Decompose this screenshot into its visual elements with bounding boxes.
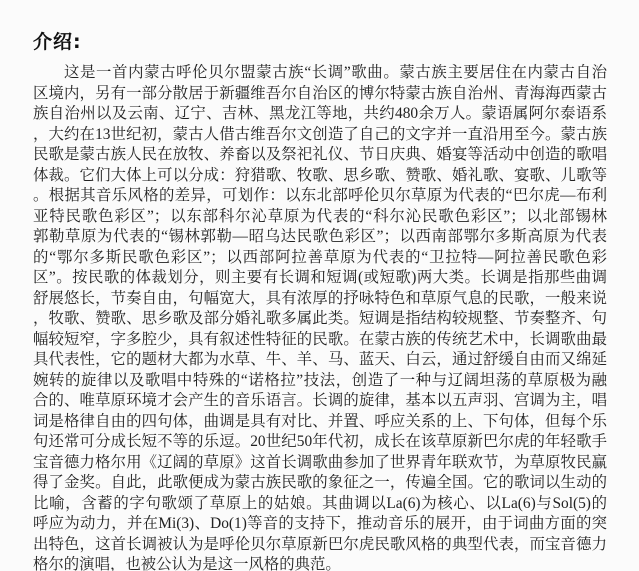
- text-line: 民歌是蒙古族人民在放牧、养畜以及祭祀礼仪、节日庆典、婚宴等活动中创造的歌唱: [33, 145, 607, 166]
- text-line: ，大约在13世纪初，蒙古人借古维吾尔文创造了自己的文字并一直沿用至今。蒙古族: [33, 125, 607, 146]
- text-line: 合的、唯草原环境才会产生的音乐语言。长调的旋律，基本以五声羽、宫调为主，唱: [33, 391, 607, 412]
- text-line: 具代表性，它的题材大都为水草、牛、羊、马、蓝天、白云，通过舒缓自由而又绵延: [33, 350, 607, 371]
- text-line: 得了金奖。自此，此歌便成为蒙古族民歌的象征之一，传遍全国。它的歌词以生动的: [33, 473, 607, 494]
- text-line: 族自治州以及云南、辽宁、吉林、黑龙江等地，共约480余万人。蒙语属阿尔泰语系: [33, 104, 607, 125]
- text-line: 郭勒草原为代表的“锡林郭勒—昭乌达民歌色彩区”；以西南部鄂尔多斯高原为代表: [33, 227, 607, 248]
- text-line: 舒展悠长，节奏自由，句幅宽大，具有浓厚的抒咏特色和草原气息的民歌，一般来说: [33, 289, 607, 310]
- document-page: 介绍: 这是一首内蒙古呼伦贝尔盟蒙古族“长调”歌曲。蒙古族主要居住在内蒙古自治区…: [0, 0, 639, 571]
- text-line: 幅较短窄，字多腔少，具有叙述性特征的民歌。在蒙古族的传统艺术中，长调歌曲最: [33, 330, 607, 351]
- text-line: 区境内，另有一部分散居于新疆维吾尔自治区的博尔特蒙古族自治州、青海海西蒙古: [33, 84, 607, 105]
- text-line: 词是格律自由的四句体，曲调是具有对比、并置、呼应关系的上、下句体，但每个乐: [33, 412, 607, 433]
- text-line: 呼应为动力，并在Mi(3)、Do(1)等音的支持下，推动音乐的展开，由于词曲方面…: [33, 514, 607, 535]
- text-line: 区”。按民歌的体裁划分，则主要有长调和短调(或短歌)两大类。长调是指那些曲调: [33, 268, 607, 289]
- text-line: 。根据其音乐风格的差异，可划作：以东北部呼伦贝尔草原为代表的“巴尔虎—布利: [33, 186, 607, 207]
- text-line: 比喻，含蓄的字句歌颂了草原上的姑娘。其曲调以La(6)为核心、以La(6)与So…: [33, 494, 607, 515]
- text-line: 句还常可分成长短不等的乐逗。20世纪50年代初，成长在该草原新巴尔虎的年轻歌手: [33, 432, 607, 453]
- text-line: 的“鄂尔多斯民歌色彩区”；以西部阿拉善草原为代表的“卫拉特—阿拉善民歌色彩: [33, 248, 607, 269]
- text-line: 体裁。它们大体上可以分成：狩猎歌、牧歌、思乡歌、赞歌、婚礼歌、宴歌、儿歌等: [33, 166, 607, 187]
- text-line: 格尔的演唱，也被公认为是这一风格的典范。: [33, 555, 607, 571]
- paragraph: 这是一首内蒙古呼伦贝尔盟蒙古族“长调”歌曲。蒙古族主要居住在内蒙古自治区境内，另…: [33, 63, 607, 571]
- text-line: 宝音德力格尔用《辽阔的草原》这首长调歌曲参加了世界青年联欢节，为草原牧民赢: [33, 453, 607, 474]
- text-line: 婉转的旋律以及歌唱中特殊的“诺格拉”技法，创造了一种与辽阔坦荡的草原极为融: [33, 371, 607, 392]
- text-line: 这是一首内蒙古呼伦贝尔盟蒙古族“长调”歌曲。蒙古族主要居住在内蒙古自治: [33, 63, 607, 84]
- text-line: 出特色，这首长调被认为是呼伦贝尔草原新巴尔虎民歌风格的典型代表，而宝音德力: [33, 535, 607, 556]
- section-title: 介绍:: [33, 31, 82, 53]
- text-line: 亚特民歌色彩区”；以东部科尔沁草原为代表的“科尔沁民歌色彩区”；以北部锡林: [33, 207, 607, 228]
- text-line: ，牧歌、赞歌、思乡歌及部分婚礼歌多属此类。短调是指结构较规整、节奏整齐、句: [33, 309, 607, 330]
